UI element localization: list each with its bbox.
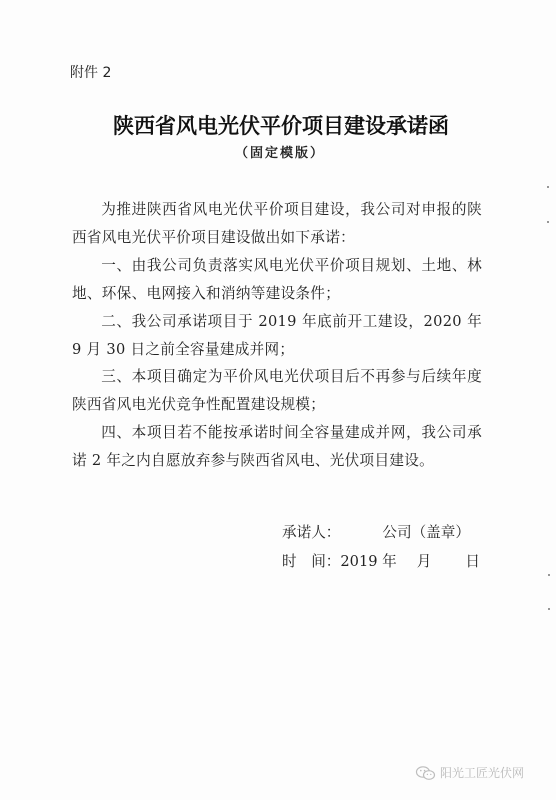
time-label: 时 间： [282,547,340,576]
intro-paragraph: 为推进陕西省风电光伏平价项目建设，我公司对申报的陕西省风电光伏平价项目建设做出如… [72,196,482,252]
commitment-item-3: 三、本项目确定为平价风电光伏项目后不再参与后续年度陕西省风电光伏竞争性配置建设规… [72,363,482,419]
promisor-row: 承诺人： 公司（盖章） [282,518,480,547]
document-page: 附件 2 陕西省风电光伏平价项目建设承诺函 （固定模版） 为推进陕西省风电光伏平… [0,0,556,800]
wechat-icon [415,765,437,781]
scan-mark [548,574,550,576]
attachment-label: 附件 2 [70,62,111,82]
document-body: 为推进陕西省风电光伏平价项目建设，我公司对申报的陕西省风电光伏平价项目建设做出如… [72,196,482,475]
commitment-item-4: 四、本项目若不能按承诺时间全容量建成并网，我公司承诺 2 年之内自愿放弃参与陕西… [72,419,482,475]
watermark-text: 阳光工匠光伏网 [440,764,524,781]
watermark: 阳光工匠光伏网 [415,764,524,781]
signature-block: 承诺人： 公司（盖章） 时 间： 2019 年 月 日 [282,518,480,576]
promisor-label: 承诺人： [282,518,340,547]
commitment-item-1: 一、由我公司负责落实风电光伏平价项目规划、土地、林地、环保、电网接入和消纳等建设… [72,252,482,308]
commitment-item-2: 二、我公司承诺项目于 2019 年底前开工建设，2020 年 9 月 30 日之… [72,308,482,364]
document-subtitle: （固定模版） [0,142,556,161]
company-seal-label: 公司（盖章） [382,518,470,547]
date-day: 日 [465,547,480,576]
scan-mark [548,608,550,610]
date-month: 月 [417,547,432,576]
date-row: 时 间： 2019 年 月 日 [282,547,480,576]
date-year: 2019 年 [340,547,396,576]
document-title: 陕西省风电光伏平价项目建设承诺函 [0,110,556,140]
scan-mark [547,221,549,223]
scan-mark [547,186,549,188]
